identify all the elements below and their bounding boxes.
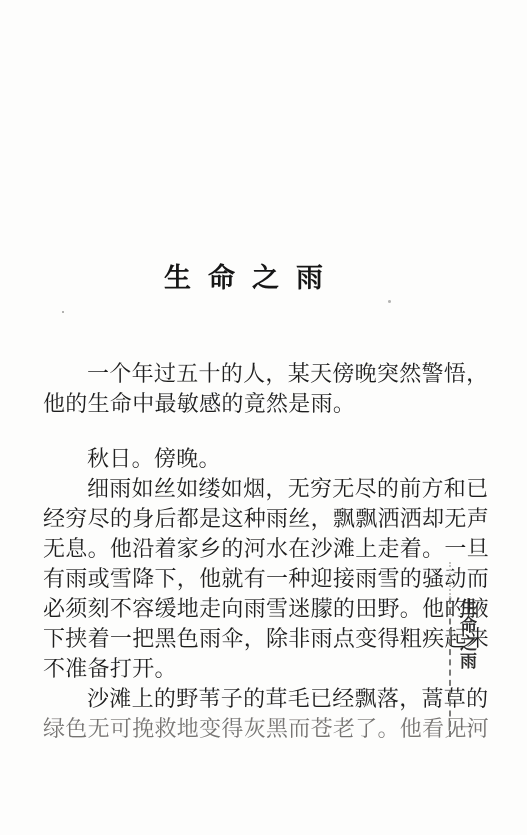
- text-line: 细雨如丝如缕如烟，无穷无尽的前方和已: [43, 474, 491, 504]
- body-text: 一个年过五十的人，某天傍晚突然警悟， 他的生命中最敏感的竟然是雨。 秋日。傍晚。…: [43, 359, 491, 744]
- margin-rule-dotted: [449, 562, 451, 598]
- scan-speck: [388, 300, 391, 303]
- scan-speck: [62, 311, 64, 313]
- text-line: 一个年过五十的人，某天傍晚突然警悟，: [43, 359, 491, 389]
- text-line: 有雨或雪降下，他就有一种迎接雨雪的骚动而: [43, 564, 491, 594]
- text-line: 秋日。傍晚。: [43, 444, 491, 474]
- page-number: 一: [453, 719, 475, 739]
- text-line: 他的生命中最敏感的竟然是雨。: [43, 389, 491, 419]
- running-header-vertical: 生命之雨: [454, 598, 479, 670]
- text-line: 沙滩上的野苇子的茸毛已经飘落，蒿草的: [43, 684, 491, 714]
- text-line: 经穷尽的身后都是这种雨丝，飘飘洒洒却无声: [43, 504, 491, 534]
- chapter-title: 生命之雨: [164, 261, 340, 295]
- book-page: 生命之雨 一个年过五十的人，某天傍晚突然警悟， 他的生命中最敏感的竟然是雨。 秋…: [0, 0, 527, 835]
- text-line: 必须刻不容缓地走向雨雪迷朦的田野。他的腋: [43, 594, 491, 624]
- text-line: 不准备打开。: [43, 654, 491, 684]
- text-line: 下挟着一把黑色雨伞，除非雨点变得粗疾起来: [43, 624, 491, 654]
- text-line: 绿色无可挽救地变得灰黑而苍老了。他看见河: [43, 714, 491, 744]
- margin-rule-dashed: [449, 598, 451, 737]
- text-line: 无息。他沿着家乡的河水在沙滩上走着。一旦: [43, 534, 491, 564]
